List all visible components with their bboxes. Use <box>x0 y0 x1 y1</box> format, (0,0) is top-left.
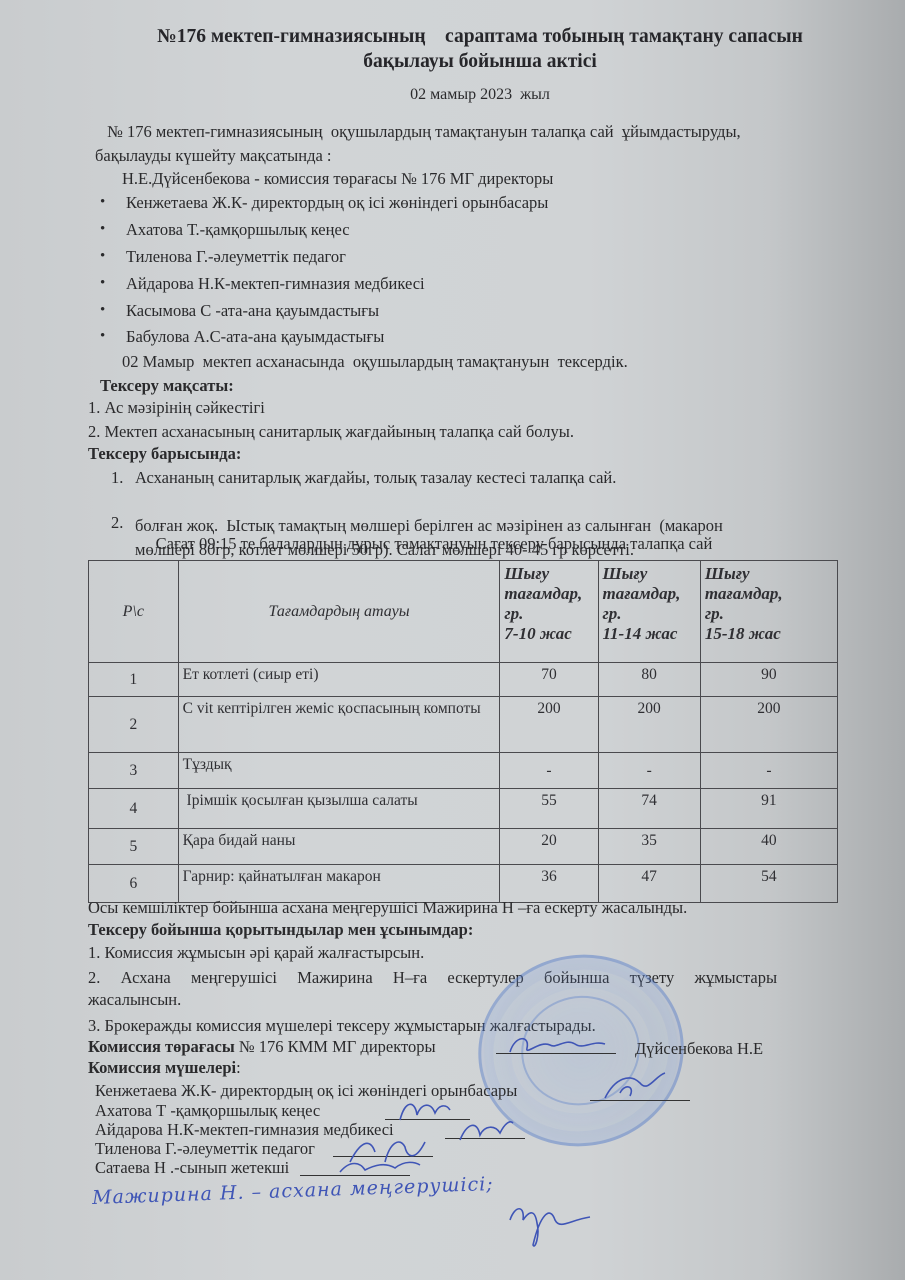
intro-line-2: бақылауды күшейту мақсатында : <box>95 145 332 166</box>
member-signature-scribble <box>600 1068 670 1103</box>
title-line-1: №176 мектеп-гимназиясының сараптама тобы… <box>90 24 870 49</box>
member-signature-scribble <box>455 1115 515 1145</box>
handwritten-note: Мажирина Н. – асхана меңгерушісі; <box>92 1173 494 1209</box>
purpose-item: 2. Мектеп асханасының санитарлық жағдайы… <box>88 421 574 442</box>
commission-member: Кенжетаева Ж.К- директордың оқ ісі жөнін… <box>126 192 548 213</box>
conclusion-item-cont: жасалынсын. <box>88 989 181 1010</box>
table-row: 3 Тұздық - - - <box>89 753 838 789</box>
title-line-2: бақылауы бойынша актісі <box>90 49 870 74</box>
commission-member: Тиленова Г.-әлеуметтік педагог <box>126 246 346 267</box>
dish-name: Ет котлеті (сиыр еті) <box>178 663 500 697</box>
intro-line-1: № 176 мектеп-гимназиясының оқушылардың т… <box>103 121 741 142</box>
chair-name: Дүйсенбекова Н.Е <box>635 1038 763 1059</box>
table-row: 4 Ірімшік қосылған қызылша салаты 55 74 … <box>89 789 838 829</box>
commission-member: Айдарова Н.К-мектеп-гимназия медбикесі <box>126 273 425 294</box>
member-signature: Сатаева Н .-сынып жетекші <box>95 1157 289 1178</box>
table-row: 2 С vit кептірілген жеміс қоспасының ком… <box>89 697 838 753</box>
commission-member: Бабулова А.С-ата-ана қауымдастығы <box>126 326 384 347</box>
dish-name: С vit кептірілген жеміс қоспасының компо… <box>178 697 500 753</box>
document-title: №176 мектеп-гимназиясының сараптама тобы… <box>90 24 870 74</box>
purpose-item: 1. Ас мәзірінің сәйкестігі <box>88 397 265 418</box>
dish-name: Ірімшік қосылған қызылша салаты <box>178 789 500 829</box>
purpose-heading: Тексеру мақсаты: <box>100 375 234 396</box>
conclusion-item: 2. Асхана меңгерушісі Мажирина Н–ға еске… <box>88 967 777 988</box>
members-heading: Комиссия мүшелері: <box>88 1057 241 1078</box>
member-signature-scribble <box>395 1095 455 1125</box>
handwritten-signature <box>505 1195 595 1255</box>
commission-member: Ахатова Т.-қамқоршылық кеңес <box>126 219 350 240</box>
header-age-7-10: Шығутағамдар,гр.7-10 жас <box>500 561 598 663</box>
chair-signature-scribble <box>505 1030 615 1060</box>
process-item-2-line-3: мөлшері 80гр, котлет мөлшері 50гр). Сала… <box>135 539 634 560</box>
warning-note: Осы кемшіліктер бойынша асхана меңгеруші… <box>88 897 687 918</box>
table-row: 5 Қара бидай наны 20 35 40 <box>89 829 838 865</box>
member-signature: Тиленова Г.-әлеуметтік педагог <box>95 1138 315 1159</box>
commission-member: Касымова С -ата-ана қауымдастығы <box>126 300 379 321</box>
table-header-row: Р\с Тағамдардың атауы Шығутағамдар,гр.7-… <box>89 561 838 663</box>
portion-table: Р\с Тағамдардың атауы Шығутағамдар,гр.7-… <box>88 560 838 903</box>
header-age-15-18: Шығутағамдар,гр.15-18 жас <box>700 561 837 663</box>
table-row: 1 Ет котлеті (сиыр еті) 70 80 90 <box>89 663 838 697</box>
header-age-11-14: Шығутағамдар,гр.11-14 жас <box>598 561 700 663</box>
document-page: №176 мектеп-гимназиясының сараптама тобы… <box>0 0 905 1280</box>
conclusion-item: 1. Комиссия жұмысын әрі қарай жалғастырс… <box>88 942 424 963</box>
conclusions-heading: Тексеру бойынша қорытындылар мен ұсынымд… <box>88 919 473 940</box>
process-heading: Тексеру барысында: <box>88 443 241 464</box>
document-date: 02 мамыр 2023 жыл <box>90 86 870 104</box>
process-item-1: 1. Асхананың санитарлық жағдайы, толық т… <box>135 467 616 488</box>
inspection-note: 02 Мамыр мектеп асханасында оқушылардың … <box>122 351 628 372</box>
commission-chair: Н.Е.Дүйсенбекова - комиссия төрағасы № 1… <box>122 168 553 189</box>
header-no: Р\с <box>89 561 179 663</box>
process-item-2-line-2: болған жоқ. Ыстық тамақтың мөлшері беріл… <box>135 515 723 536</box>
dish-name: Қара бидай наны <box>178 829 500 865</box>
member-signature: Ахатова Т -қамқоршылық кеңес <box>95 1100 320 1121</box>
dish-name: Тұздық <box>178 753 500 789</box>
chair-signature-line: Комиссия төрағасы № 176 КММ МГ директоры <box>88 1036 436 1057</box>
header-dish-name: Тағамдардың атауы <box>178 561 500 663</box>
